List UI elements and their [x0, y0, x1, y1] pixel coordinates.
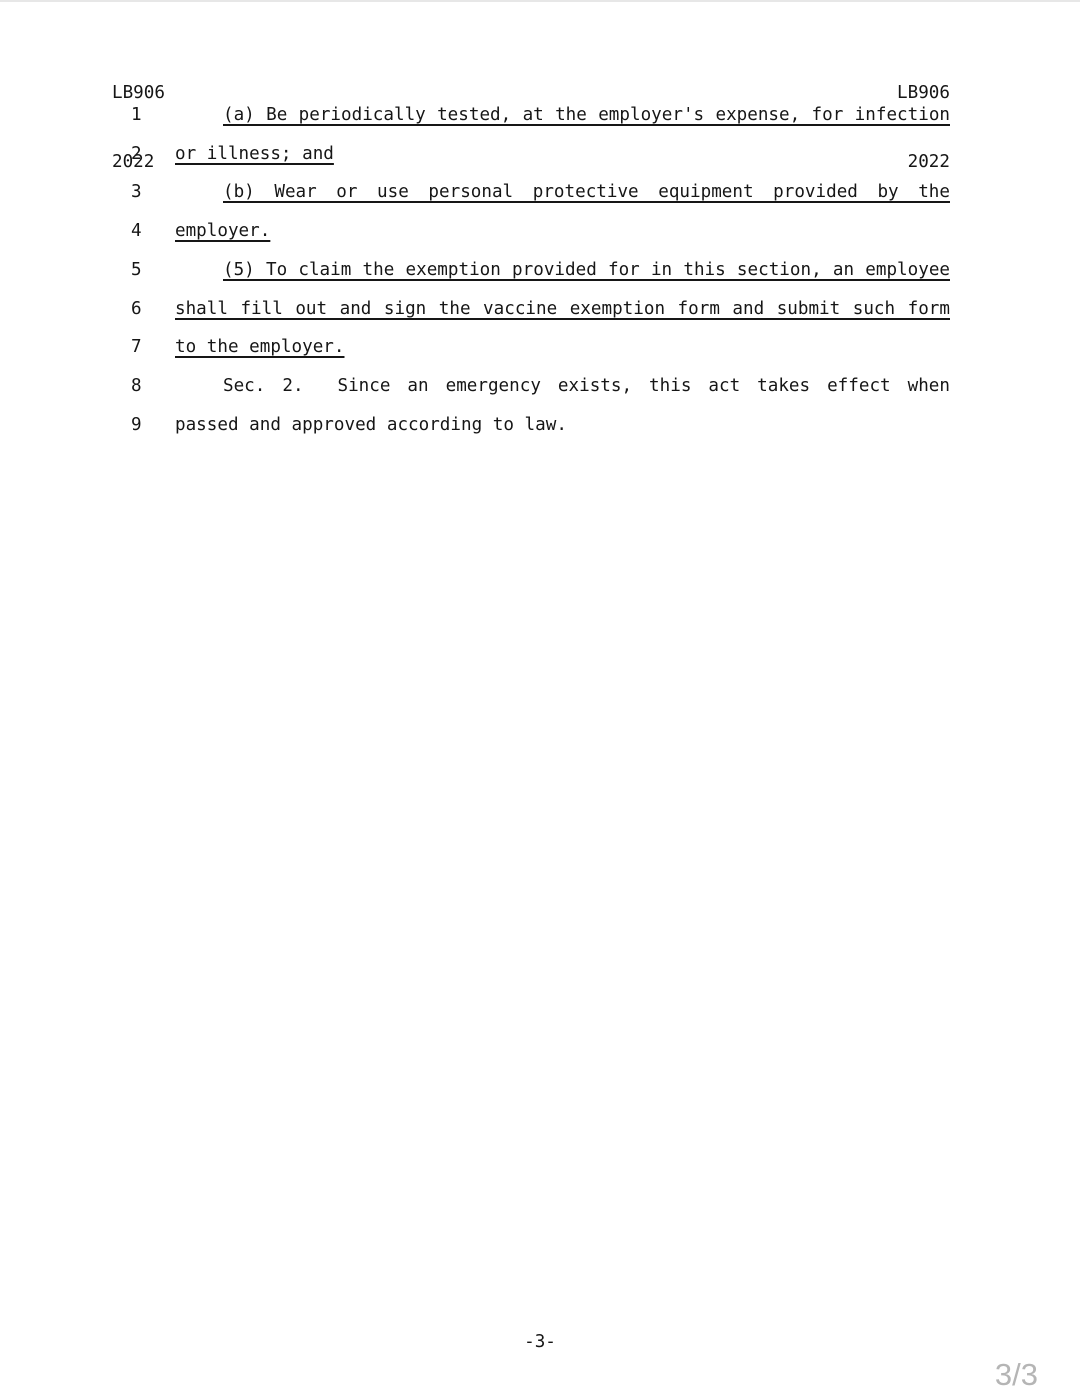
- line-text: passed and approved according to law.: [175, 413, 950, 438]
- line-number: 8: [131, 374, 142, 399]
- line-number: 9: [131, 413, 142, 438]
- bill-line: 6shall fill out and sign the vaccine exe…: [0, 297, 1080, 327]
- line-number: 2: [131, 142, 142, 167]
- line-number: 1: [131, 103, 142, 128]
- bill-line: 4employer.: [0, 219, 1080, 249]
- bill-line: 5(5) To claim the exemption provided for…: [0, 258, 1080, 288]
- line-text: (b) Wear or use personal protective equi…: [175, 180, 950, 205]
- line-number: 4: [131, 219, 142, 244]
- line-number: 6: [131, 297, 142, 322]
- page-number: -3-: [0, 1331, 1080, 1353]
- line-text: (5) To claim the exemption provided for …: [175, 258, 950, 283]
- bill-page: LB906 2022 LB906 2022 1(a) Be periodical…: [0, 0, 1080, 1395]
- line-number: 3: [131, 180, 142, 205]
- line-number: 5: [131, 258, 142, 283]
- bill-line: 8Sec. 2. Since an emergency exists, this…: [0, 374, 1080, 404]
- line-number: 7: [131, 335, 142, 360]
- bill-line: 9passed and approved according to law.: [0, 413, 1080, 443]
- line-text: to the employer.: [175, 335, 950, 360]
- line-text: shall fill out and sign the vaccine exem…: [175, 297, 950, 322]
- bill-line: 7to the employer.: [0, 335, 1080, 365]
- header-right-bill-number: LB906: [897, 82, 950, 105]
- header-left-bill-number: LB906: [112, 82, 165, 105]
- line-text: employer.: [175, 219, 950, 244]
- bill-line: 1(a) Be periodically tested, at the empl…: [0, 103, 1080, 133]
- line-text: (a) Be periodically tested, at the emplo…: [175, 103, 950, 128]
- viewer-page-indicator: 3/3: [995, 1358, 1038, 1392]
- line-text: or illness; and: [175, 142, 950, 167]
- line-text: Sec. 2. Since an emergency exists, this …: [175, 374, 950, 399]
- bill-line: 3(b) Wear or use personal protective equ…: [0, 180, 1080, 210]
- bill-line: 2or illness; and: [0, 142, 1080, 172]
